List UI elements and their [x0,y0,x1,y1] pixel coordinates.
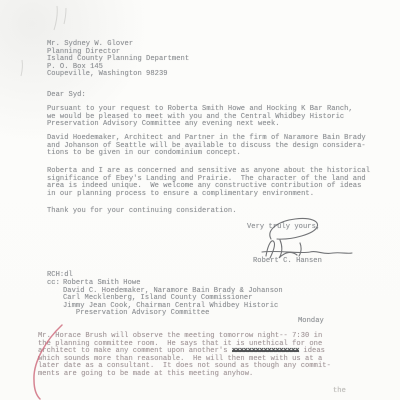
paragraph-2: David Hoedemaker, Architect and Partner … [47,135,366,158]
redacted-text: xxxxxxxxxxxxxxxxx [232,347,299,355]
note-redacted-prefix: architect to make any comment upon anoth… [38,347,232,355]
note-redacted-suffix: ideas [299,347,325,355]
cc-list: Roberta Smith HoweDavid C. Hoedemaker, N… [63,280,283,318]
recipient-address: Mr. Sydney W. GloverPlanning DirectorIsl… [47,41,189,79]
appended-note: Mr. Horace Brush will observe the meetin… [38,333,331,378]
paragraph-3: Roberta and I are as concerned and sensi… [47,168,370,198]
cc-label: cc: [47,280,60,288]
letter-page: Mr. Sydney W. GloverPlanning DirectorIsl… [0,0,400,400]
note-lines-bottom: which sounds more than reasonable. He wi… [38,356,331,379]
thanks-line: Thank you for your continuing considerat… [47,208,237,216]
signer-name: Robert C. Hansen [253,258,322,266]
salutation: Dear Syd: [47,92,86,100]
stray-text: the [333,388,346,396]
note-lines-top: Mr. Horace Brush will observe the meetin… [38,333,331,348]
paragraph-1: Pursuant to your request to Roberta Smit… [47,106,353,129]
annotation-day: Monday [298,318,324,326]
closing: Very truly yours, [247,224,320,232]
